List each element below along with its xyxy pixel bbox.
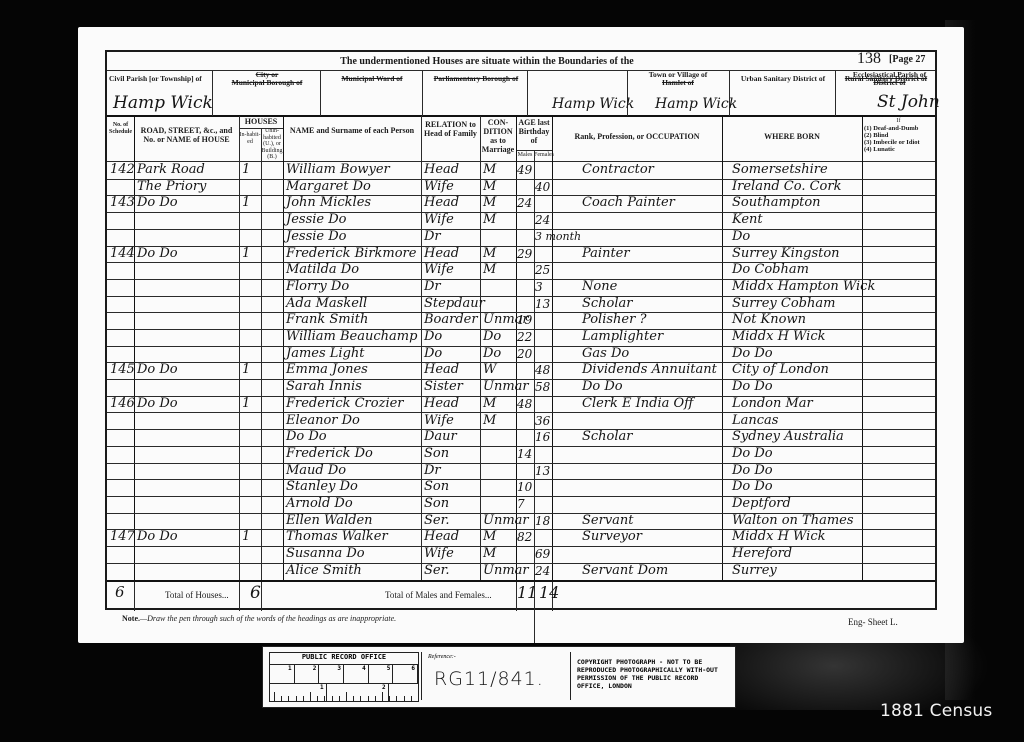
cell-occupation: Surveyor: [582, 530, 642, 544]
reference-label: Reference:-: [428, 654, 456, 660]
cell-inhabited: 1: [242, 163, 250, 177]
cell-born: Surrey Kingston: [732, 247, 840, 261]
cell-born: Hereford: [732, 547, 792, 561]
cell-female: 18: [535, 514, 550, 528]
ruler-tick-label: 1: [270, 665, 295, 683]
total-persons-label: Total of Males and Females...: [385, 590, 492, 600]
cell-condition: M: [483, 414, 496, 428]
table-row: Alice SmithSer.Unmar24Servant DomSurrey: [107, 563, 935, 580]
cell-female: 58: [535, 380, 550, 394]
header-road: ROAD, STREET, &c., and No. or NAME of HO…: [134, 126, 239, 144]
cell-condition: M: [483, 530, 496, 544]
footer-note: Note.—Draw the pen through such of the w…: [122, 614, 396, 623]
cell-male: 49: [517, 163, 532, 177]
cell-relation: Dr: [424, 230, 441, 244]
cell-born: Walton on Thames: [732, 514, 854, 528]
cell-occupation: Scholar: [582, 297, 633, 311]
cell-female: 69: [535, 547, 550, 561]
cell-born: Middx H Wick: [732, 530, 826, 544]
label-municipal-borough: City orMunicipal Borough of: [215, 71, 319, 87]
cell-occupation: Contractor: [582, 163, 654, 177]
cell-born: Southampton: [732, 196, 821, 210]
cell-female: 25: [535, 263, 550, 277]
cell-female: 3: [535, 280, 543, 294]
total-schedules: 6: [115, 583, 125, 601]
cell-born: Do Do: [732, 380, 773, 394]
cell-born: Kent: [732, 213, 763, 227]
cell-male: 19: [517, 313, 532, 327]
cell-born: Surrey: [732, 564, 777, 578]
cell-relation: Ser.: [424, 564, 450, 578]
infirmity-option: (1) Deaf-and-Dumb: [864, 125, 936, 132]
cell-schedule: 143: [110, 196, 135, 210]
total-females: 14: [539, 583, 559, 602]
cell-schedule: 145: [110, 363, 135, 377]
cell-occupation: Polisher ?: [582, 313, 646, 327]
cell-name: Thomas Walker: [286, 530, 388, 544]
cell-born: Lancas: [732, 414, 778, 428]
cell-relation: Sister: [424, 380, 463, 394]
reference-value: RG11/841.: [434, 668, 544, 690]
cell-female: 24: [535, 213, 550, 227]
cell-born: London Mar: [732, 397, 813, 411]
cell-born: City of London: [732, 363, 829, 377]
table-row: James LightDoDo20Gas DoDo Do: [107, 346, 935, 363]
table-row: 143Do Do1John MicklesHeadM24Coach Painte…: [107, 195, 935, 212]
table-row: 145Do Do1Emma JonesHeadW48Dividends Annu…: [107, 362, 935, 379]
header-males: Males: [516, 152, 534, 159]
header-uninhabited: Unin-habited (U.), or Building (B.): [261, 128, 283, 161]
cell-name: William Bowyer: [286, 163, 390, 177]
cell-name: Matilda Do: [286, 263, 359, 277]
table-row: Maud DoDr13Do Do: [107, 463, 935, 480]
cell-born: Sydney Australia: [732, 430, 844, 444]
table-row: 147Do Do1Thomas WalkerHeadM82SurveyorMid…: [107, 529, 935, 546]
header-age: AGE last Birthday of: [516, 118, 552, 145]
cell-inhabited: 1: [242, 247, 250, 261]
cell-relation: Wife: [424, 213, 454, 227]
census-page: The undermentioned Houses are situate wi…: [78, 27, 964, 643]
table-row: 144Do Do1Frederick BirkmoreHeadM29Painte…: [107, 246, 935, 263]
table-row: Jessie DoDr3 monthDo: [107, 229, 935, 246]
ruler-cm-label: 2: [382, 684, 389, 701]
cell-name: Alice Smith: [286, 564, 362, 578]
cell-relation: Dr: [424, 464, 441, 478]
cell-road: Do Do: [137, 247, 178, 261]
cell-name: Frederick Birkmore: [286, 247, 416, 261]
cell-name: Jessie Do: [286, 230, 346, 244]
cell-schedule: 142: [110, 163, 135, 177]
cell-born: Deptford: [732, 497, 791, 511]
cell-female: 3 month: [535, 230, 581, 244]
cell-name: Frank Smith: [286, 313, 368, 327]
cell-condition: Do: [483, 330, 501, 344]
cell-female: 24: [535, 564, 550, 578]
cell-male: 48: [517, 397, 532, 411]
cell-road: Do Do: [137, 363, 178, 377]
cell-inhabited: 1: [242, 397, 250, 411]
table-row: Arnold DoSon7Deptford: [107, 496, 935, 513]
total-houses-value: 6: [250, 583, 261, 603]
sheet-label: Eng- Sheet L.: [848, 617, 898, 627]
cell-female: 48: [535, 363, 550, 377]
cell-born: Do Cobham: [732, 263, 809, 277]
cell-condition: Unmar: [483, 564, 529, 578]
cell-relation: Son: [424, 497, 449, 511]
cell-name: Ada Maskell: [286, 297, 367, 311]
total-houses-label: Total of Houses...: [165, 590, 229, 600]
cell-relation: Son: [424, 480, 449, 494]
cell-occupation: Gas Do: [582, 347, 629, 361]
cell-relation: Wife: [424, 263, 454, 277]
header-relation: RELATION to Head of Family: [421, 120, 480, 138]
table-row: 146Do Do1Frederick CrozierHeadM48Clerk E…: [107, 396, 935, 413]
cell-name: Margaret Do: [286, 180, 371, 194]
header-name: NAME and Surname of each Person: [283, 126, 421, 135]
cell-born: Do Do: [732, 347, 773, 361]
table-row: 142Park Road1William BowyerHeadM49Contra…: [107, 162, 935, 179]
total-males: 11: [517, 583, 537, 602]
cell-condition: Unmar: [483, 380, 529, 394]
cell-occupation: None: [582, 280, 617, 294]
cell-occupation: Scholar: [582, 430, 633, 444]
cell-inhabited: 1: [242, 196, 250, 210]
ruler-tick-label: 4: [344, 665, 369, 683]
label-urban-sanitary: Urban Sanitary District of: [731, 74, 835, 83]
copyright-notice: COPYRIGHT PHOTOGRAPH - NOT TO BE REPRODU…: [577, 658, 727, 690]
cell-condition: M: [483, 196, 496, 210]
label-municipal-ward: Municipal Ward of: [323, 74, 421, 83]
cell-born: Do Do: [732, 464, 773, 478]
cell-relation: Daur: [424, 430, 457, 444]
cell-occupation: Dividends Annuitant: [582, 363, 717, 377]
table-row: Sarah InnisSisterUnmar58Do DoDo Do: [107, 379, 935, 396]
cell-condition: Unmar: [483, 514, 529, 528]
cell-name: Eleanor Do: [286, 414, 360, 428]
cell-condition: Do: [483, 347, 501, 361]
cell-occupation: Servant: [582, 514, 634, 528]
cell-name: Florry Do: [286, 280, 349, 294]
cell-occupation: Lamplighter: [582, 330, 663, 344]
cell-male: 10: [517, 480, 532, 494]
cell-born: Middx Hampton Wick: [732, 280, 875, 294]
ruler-tick-label: 5: [369, 665, 394, 683]
cell-name: Ellen Walden: [286, 514, 373, 528]
cell-condition: M: [483, 247, 496, 261]
cell-born: Do Do: [732, 480, 773, 494]
cell-born: Middx H Wick: [732, 330, 826, 344]
cell-born: Surrey Cobham: [732, 297, 835, 311]
cell-name: Arnold Do: [286, 497, 353, 511]
scale-ruler: PUBLIC RECORD OFFICE 123456 12: [269, 652, 419, 702]
table-row: William BeauchampDoDo22LamplighterMiddx …: [107, 329, 935, 346]
table-row: Frank SmithBoarderUnmar19Polisher ?Not K…: [107, 312, 935, 329]
cell-born: Somersetshire: [732, 163, 828, 177]
cell-name: William Beauchamp: [286, 330, 417, 344]
header-females: Females: [534, 152, 552, 159]
cell-female: 16: [535, 430, 550, 444]
cell-occupation: Clerk E India Off: [582, 397, 693, 411]
cell-road: Do Do: [137, 530, 178, 544]
cell-name: Frederick Crozier: [286, 397, 404, 411]
cell-name: James Light: [286, 347, 365, 361]
cell-name: Stanley Do: [286, 480, 358, 494]
cell-condition: W: [483, 363, 496, 377]
cell-relation: Wife: [424, 180, 454, 194]
cell-condition: M: [483, 180, 496, 194]
cell-male: 20: [517, 347, 532, 361]
cell-condition: M: [483, 547, 496, 561]
cell-relation: Boarder: [424, 313, 478, 327]
cell-male: 29: [517, 247, 532, 261]
ruler-tick-label: 2: [295, 665, 320, 683]
cell-road: Do Do: [137, 196, 178, 210]
banner-text: The undermentioned Houses are situate wi…: [107, 56, 867, 67]
value-town: Hamp Wick: [552, 96, 634, 112]
header-schedule: No. of Schedule: [107, 122, 134, 135]
cell-male: 22: [517, 330, 532, 344]
cell-condition: M: [483, 397, 496, 411]
cell-schedule: 144: [110, 247, 135, 261]
header-inhabited: In-habit-ed: [239, 132, 261, 145]
census-table: The undermentioned Houses are situate wi…: [105, 50, 937, 610]
cell-occupation: Painter: [582, 247, 630, 261]
cell-relation: Ser.: [424, 514, 450, 528]
value-civil-parish: Hamp Wick: [113, 93, 213, 113]
cell-male: 7: [517, 497, 525, 511]
public-record-office-label: PUBLIC RECORD OFFICE: [270, 653, 418, 665]
cell-occupation: Do Do: [582, 380, 623, 394]
cell-condition: M: [483, 163, 496, 177]
cell-relation: Wife: [424, 414, 454, 428]
cell-born: Do Do: [732, 447, 773, 461]
infirmity-option: (4) Lunatic: [864, 146, 936, 153]
cell-name: Do Do: [286, 430, 327, 444]
cell-condition: M: [483, 213, 496, 227]
cell-born: Not Known: [732, 313, 806, 327]
reference-stamp: PUBLIC RECORD OFFICE 123456 12 Reference…: [262, 646, 736, 708]
ruler-cm-label: 1: [320, 684, 327, 701]
cell-name: Jessie Do: [286, 213, 346, 227]
cell-born: Ireland Co. Cork: [732, 180, 841, 194]
cell-relation: Do: [424, 330, 442, 344]
cell-male: 14: [517, 447, 532, 461]
cell-relation: Son: [424, 447, 449, 461]
label-civil-parish: Civil Parish [or Township] of: [109, 74, 202, 83]
folio-number: 138: [857, 50, 881, 68]
cell-name: Maud Do: [286, 464, 346, 478]
infirmity-option: (3) Imbecile or Idiot: [864, 139, 936, 146]
table-row: Matilda DoWifeM25Do Cobham: [107, 262, 935, 279]
table-row: The PrioryMargaret DoWifeM40Ireland Co. …: [107, 179, 935, 196]
cell-relation: Head: [424, 196, 459, 210]
header-condition: CON-DITION as to Marriage: [480, 118, 516, 154]
cell-female: 13: [535, 464, 550, 478]
cell-schedule: 147: [110, 530, 135, 544]
table-row: Ada MaskellStepdaur13ScholarSurrey Cobha…: [107, 296, 935, 313]
cell-relation: Head: [424, 397, 459, 411]
label-ecclesiastical: Ecclesiastical Parish ofDistrict of: [842, 71, 937, 87]
cell-relation: Do: [424, 347, 442, 361]
cell-relation: Head: [424, 247, 459, 261]
cell-female: 36: [535, 414, 550, 428]
table-row: Florry DoDr3NoneMiddx Hampton Wick: [107, 279, 935, 296]
cell-name: John Mickles: [286, 196, 371, 210]
cell-road: The Priory: [137, 180, 206, 194]
cell-occupation: Coach Painter: [582, 196, 675, 210]
cell-relation: Stepdaur: [424, 297, 485, 311]
cell-name: Frederick Do: [286, 447, 373, 461]
value-urban: Hamp Wick: [655, 96, 737, 112]
cell-inhabited: 1: [242, 363, 250, 377]
cell-relation: Wife: [424, 547, 454, 561]
label-town-village: Town or Village ofHamlet of: [629, 71, 727, 87]
ruler-tick-label: 6: [393, 665, 418, 683]
cell-condition: M: [483, 263, 496, 277]
cell-relation: Dr: [424, 280, 441, 294]
cell-male: 82: [517, 530, 532, 544]
cell-name: Emma Jones: [286, 363, 368, 377]
value-ecclesiastical: St John: [877, 92, 940, 112]
watermark-label: 1881 Census: [880, 701, 992, 721]
cell-relation: Head: [424, 530, 459, 544]
infirmity-option: (2) Blind: [864, 132, 936, 139]
cell-occupation: Servant Dom: [582, 564, 668, 578]
header-infirm-title: If: [862, 118, 935, 125]
cell-female: 40: [535, 180, 550, 194]
table-row: Stanley DoSon10Do Do: [107, 479, 935, 496]
table-row: Eleanor DoWifeM36Lancas: [107, 413, 935, 430]
cell-female: 13: [535, 297, 550, 311]
cell-name: Susanna Do: [286, 547, 365, 561]
cell-inhabited: 1: [242, 530, 250, 544]
cell-relation: Head: [424, 363, 459, 377]
cell-relation: Head: [424, 163, 459, 177]
header-occupation: Rank, Profession, or OCCUPATION: [552, 132, 722, 141]
table-row: Ellen WaldenSer.Unmar18ServantWalton on …: [107, 513, 935, 530]
header-infirmities: (1) Deaf-and-Dumb(2) Blind(3) Imbecile o…: [864, 125, 936, 153]
ruler-tick-label: 3: [319, 665, 344, 683]
label-parliamentary-borough: Parliamentary Borough of: [425, 74, 527, 83]
table-row: Jessie DoWifeM24Kent: [107, 212, 935, 229]
table-row: Susanna DoWifeM69Hereford: [107, 546, 935, 563]
cell-name: Sarah Innis: [286, 380, 362, 394]
cell-male: 24: [517, 196, 532, 210]
header-where-born: WHERE BORN: [722, 132, 862, 141]
cell-road: Do Do: [137, 397, 178, 411]
table-row: Frederick DoSon14Do Do: [107, 446, 935, 463]
page-number: [Page 27: [889, 54, 925, 65]
cell-road: Park Road: [137, 163, 205, 177]
cell-schedule: 146: [110, 397, 135, 411]
cell-born: Do: [732, 230, 750, 244]
table-row: Do DoDaur16ScholarSydney Australia: [107, 429, 935, 446]
header-houses: HOUSES: [239, 117, 283, 126]
